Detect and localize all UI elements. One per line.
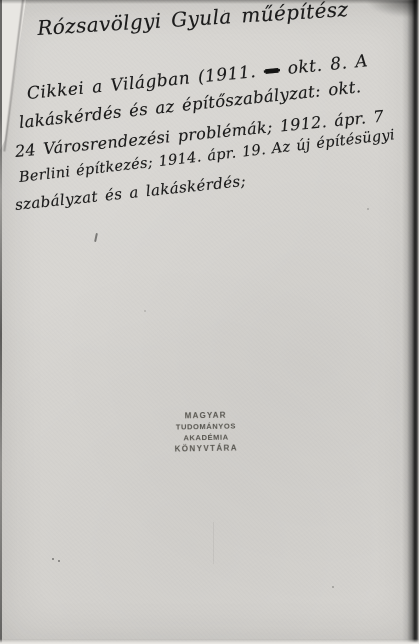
ink-speck xyxy=(367,208,369,210)
photo-edge-bottom xyxy=(0,639,419,644)
photo-edge-left xyxy=(0,0,2,644)
photo-corner-top-right xyxy=(365,0,417,18)
ink-speck xyxy=(52,558,54,560)
handwritten-line-2-post: okt. 8. A xyxy=(279,51,369,79)
library-stamp: MAGYAR TUDOMÁNYOS AKADÉMIA KÖNYVTÁRA xyxy=(153,410,260,455)
library-stamp-line-3: KÖNYVTÁRA xyxy=(153,442,259,455)
ink-speck xyxy=(332,586,334,588)
ink-speck xyxy=(94,233,98,242)
ink-speck xyxy=(144,310,146,312)
ink-speck xyxy=(58,560,60,562)
crossed-out-word: ▬ xyxy=(263,62,280,78)
ink-speck xyxy=(224,10,225,12)
photo-edge-right xyxy=(402,0,419,644)
photo-edge-top xyxy=(0,0,419,4)
scanned-page-photo: Rózsavölgyi Gyula műépítész Cikkei a Vil… xyxy=(0,0,419,644)
library-stamp-line-2: TUDOMÁNYOS AKADÉMIA xyxy=(153,420,259,444)
handwritten-title: Rózsavölgyi Gyula műépítész xyxy=(37,0,349,40)
paper-crease xyxy=(213,522,214,564)
